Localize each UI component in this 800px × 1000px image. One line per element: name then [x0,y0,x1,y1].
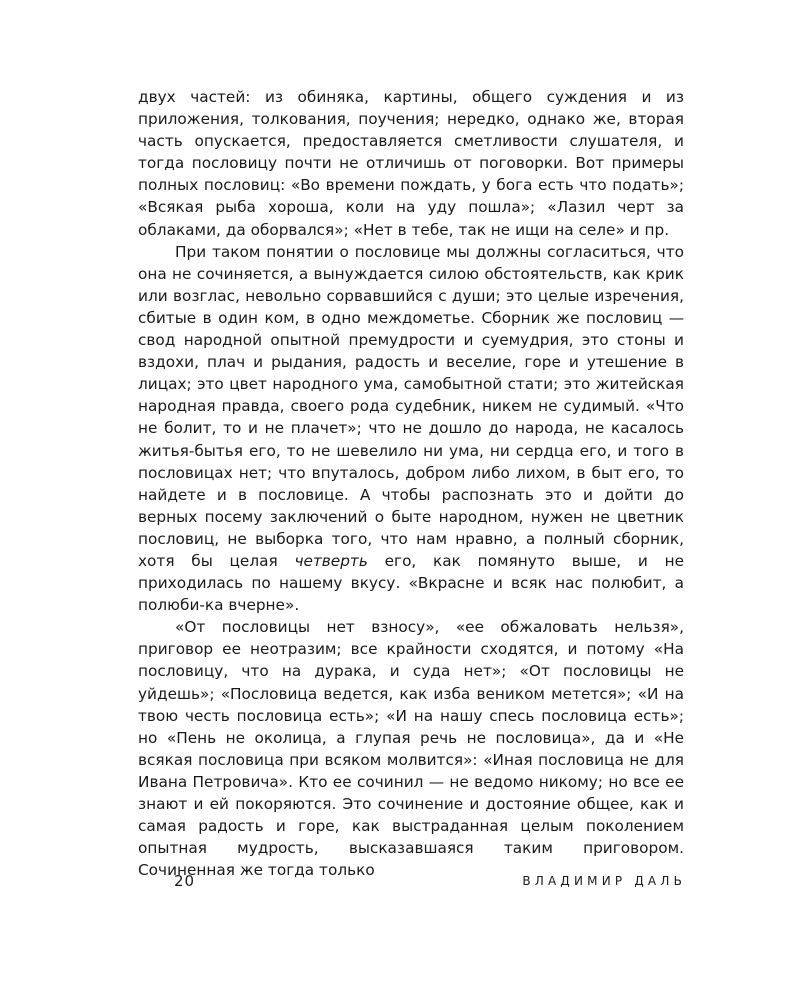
paragraph-2: При таком понятии о пословице мы должны … [138,241,684,617]
page-footer: 20 ВЛАДИМИР ДАЛЬ [174,872,686,890]
page-body: двух частей: из обиняка, картины, общего… [138,86,684,881]
emphasis-word: четверть [294,552,367,570]
page-number: 20 [174,872,195,890]
paragraph-1: двух частей: из обиняка, картины, общего… [138,86,684,241]
running-head: ВЛАДИМИР ДАЛЬ [522,874,686,888]
paragraph-3: «От пословицы нет взносу», «ее обжаловат… [138,616,684,881]
paragraph-2-text-a: При таком понятии о пословице мы должны … [138,243,684,570]
